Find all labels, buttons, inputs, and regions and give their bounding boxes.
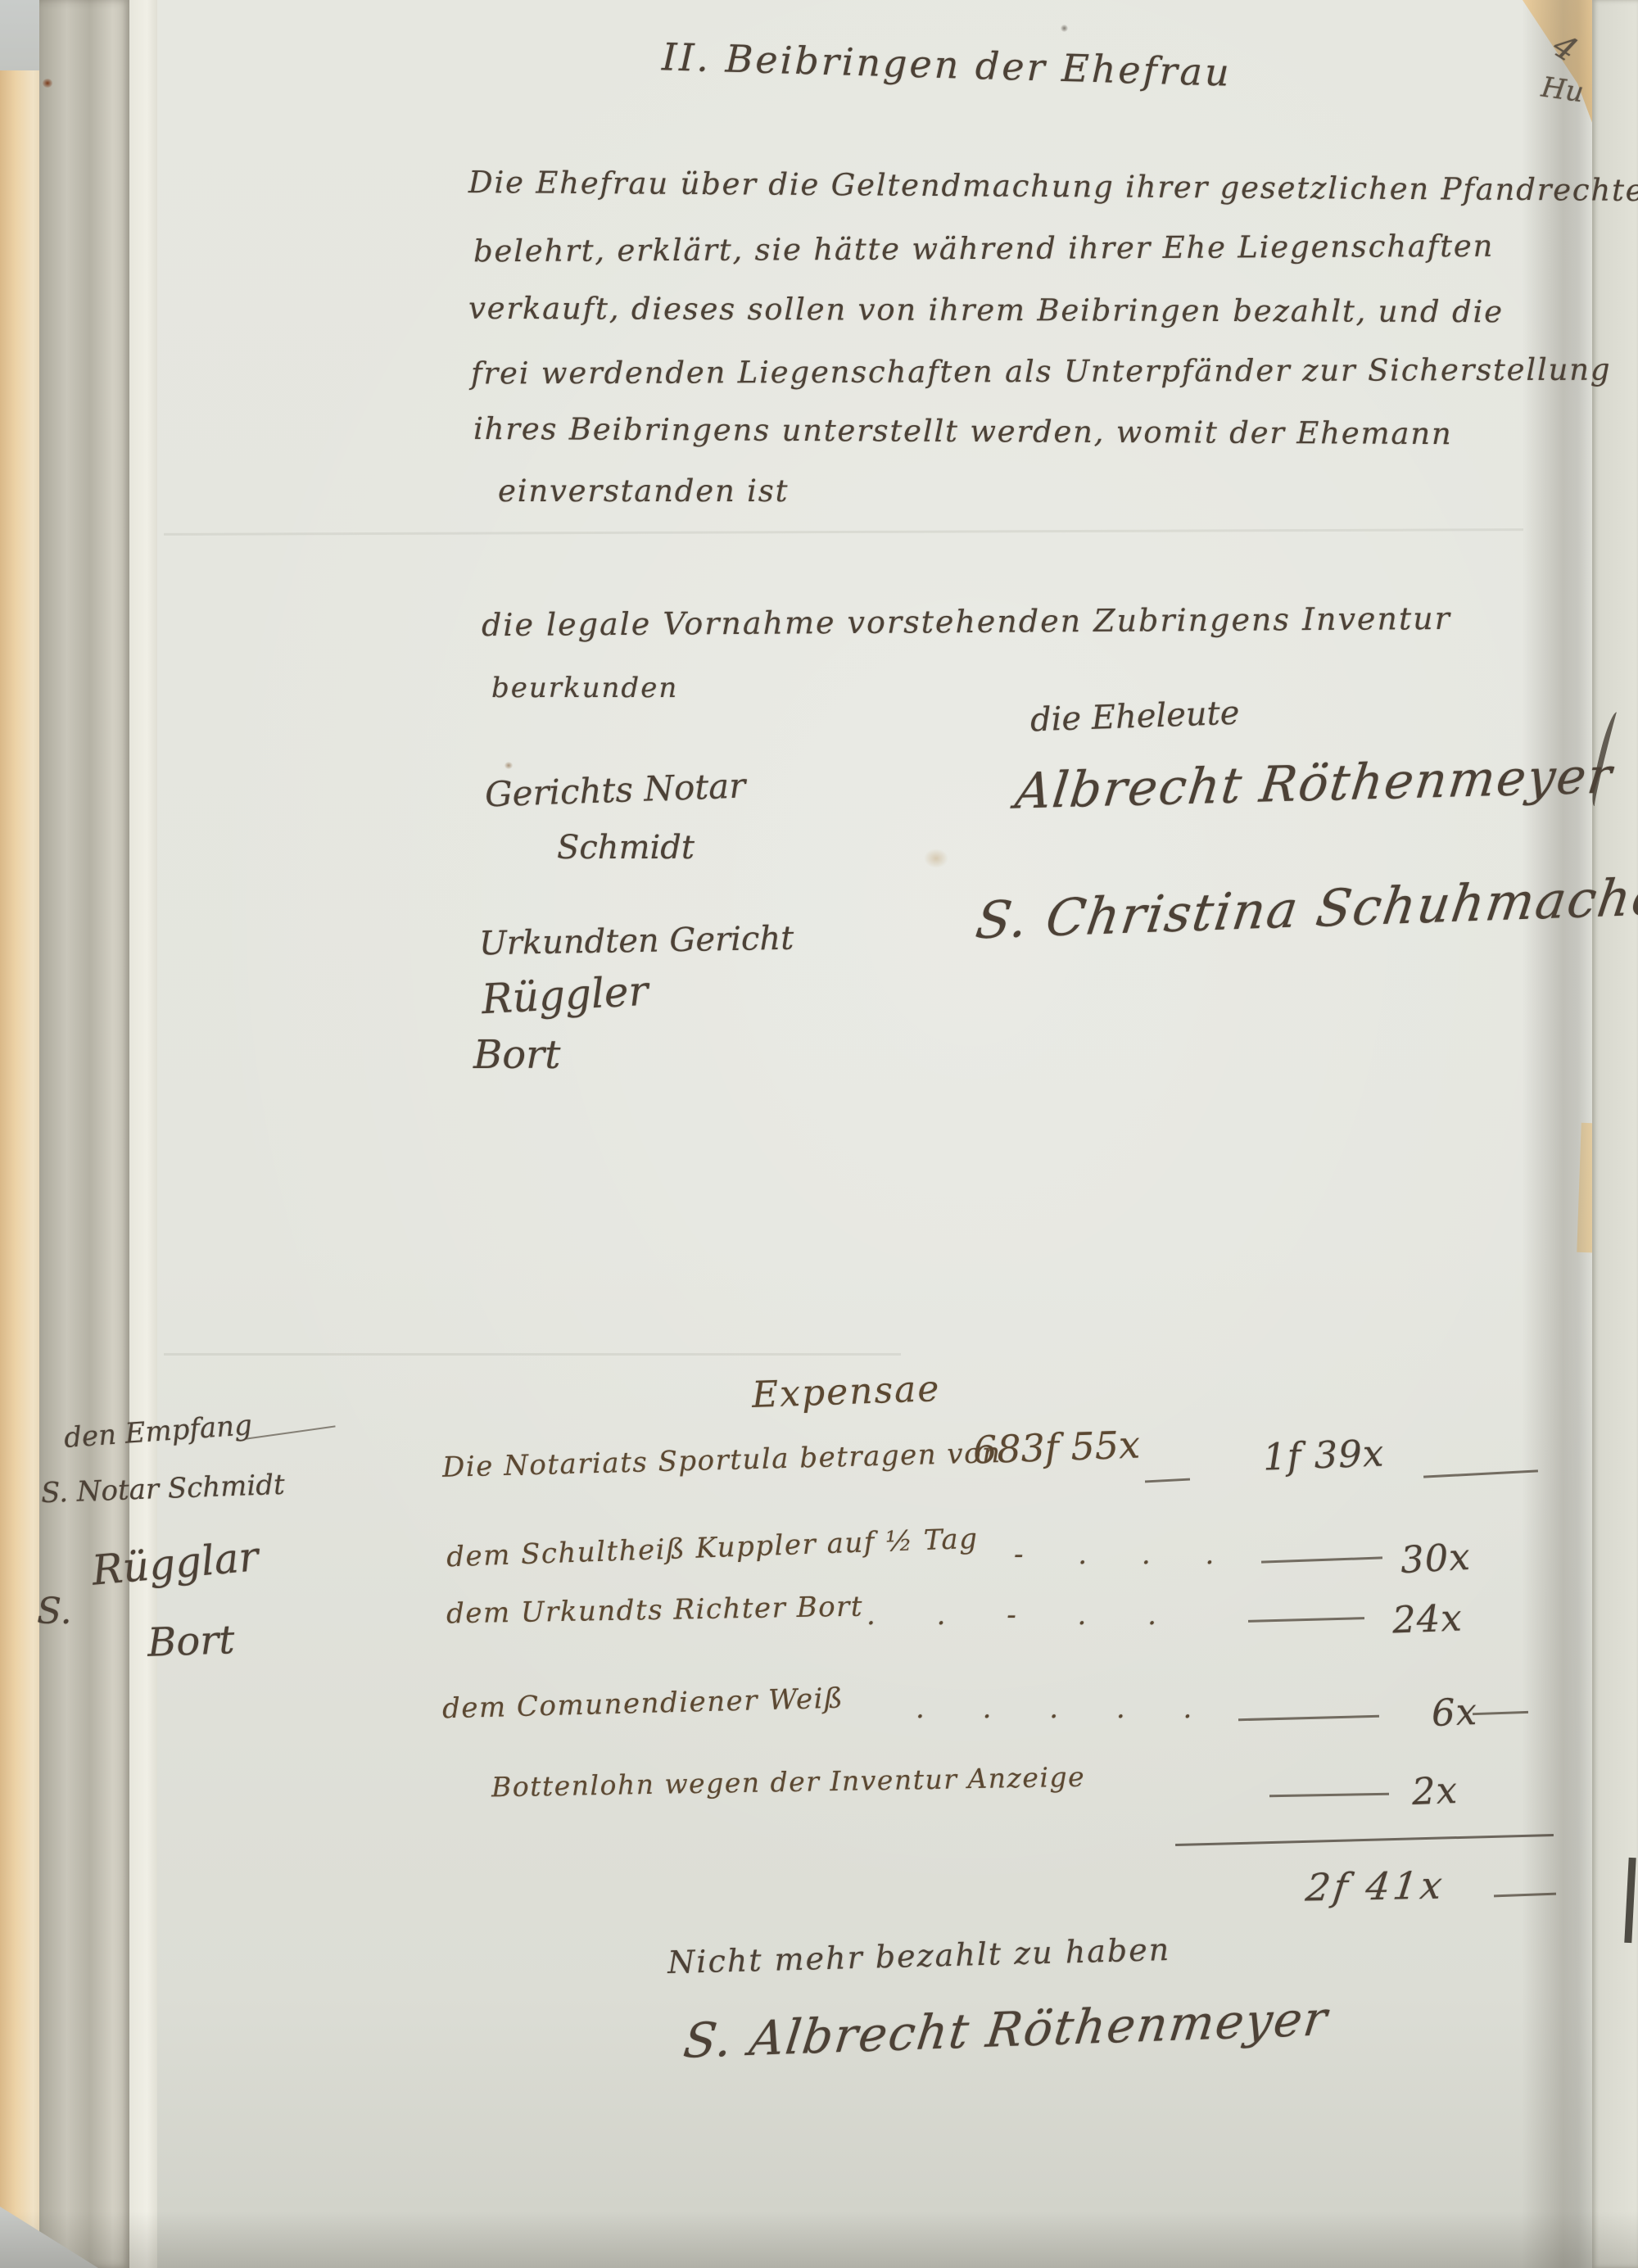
- book-binding-worn-strip: [39, 0, 131, 2268]
- margin-note-initial: S.: [37, 1591, 72, 1632]
- bottom-shadow: [0, 2211, 1638, 2268]
- page-fold-edge: [129, 0, 159, 2268]
- leader-dots: - . . .: [1014, 1538, 1237, 1571]
- page-curve-shadow: [1522, 0, 1597, 2268]
- paragraph-line: frei werdenden Liegenschaften als Unterp…: [471, 352, 1611, 392]
- paper-stain: [924, 849, 948, 868]
- paragraph-line: verkauft, dieses sollen von ihrem Beibri…: [468, 291, 1504, 329]
- attestation-line: die legale Vornahme vorstehenden Zubring…: [482, 600, 1451, 643]
- adjacent-page-writing: Hu: [1539, 71, 1586, 110]
- witness-role: Urkundten Gericht: [479, 920, 794, 963]
- paper-stain: [1061, 25, 1068, 32]
- book-binding-page-edges: [0, 70, 44, 2268]
- expense-amount: 2x: [1411, 1768, 1459, 1813]
- margin-note-signature: Bort: [147, 1617, 235, 1666]
- expense-amount: 1f 39x: [1262, 1431, 1385, 1478]
- expenses-total: 2f 41x: [1304, 1863, 1448, 1909]
- witness-signature: Bort: [473, 1032, 560, 1078]
- document-photo: 4 Hu II. Beibringen der Ehefrau Die Ehef…: [0, 0, 1638, 2268]
- paper-stain: [43, 79, 52, 88]
- leader-dots: . . - . .: [867, 1599, 1183, 1632]
- paper-stain: [505, 762, 513, 769]
- paragraph-line: einverstanden ist: [498, 473, 789, 509]
- paragraph-line: belehrt, erklärt, sie hätte während ihre…: [473, 229, 1494, 269]
- expense-amount: 6x: [1431, 1690, 1478, 1735]
- paper-crease: [164, 1353, 901, 1356]
- leader-dots: . . . . .: [916, 1692, 1216, 1725]
- expense-amount: 24x: [1391, 1596, 1463, 1642]
- parties-label: die Eheleute: [1029, 695, 1240, 740]
- paragraph-line: ihres Beibringens unterstellt werden, wo…: [473, 411, 1453, 451]
- expense-row-value: 683f 55x: [972, 1422, 1141, 1472]
- notary-signature: Schmidt: [557, 829, 695, 867]
- expense-amount: 30x: [1400, 1535, 1472, 1582]
- manuscript-page: [157, 0, 1638, 2268]
- expenses-heading: Expensae: [751, 1368, 941, 1416]
- attestation-line: beurkunden: [491, 672, 678, 704]
- witness-signature: Rüggler: [481, 967, 649, 1024]
